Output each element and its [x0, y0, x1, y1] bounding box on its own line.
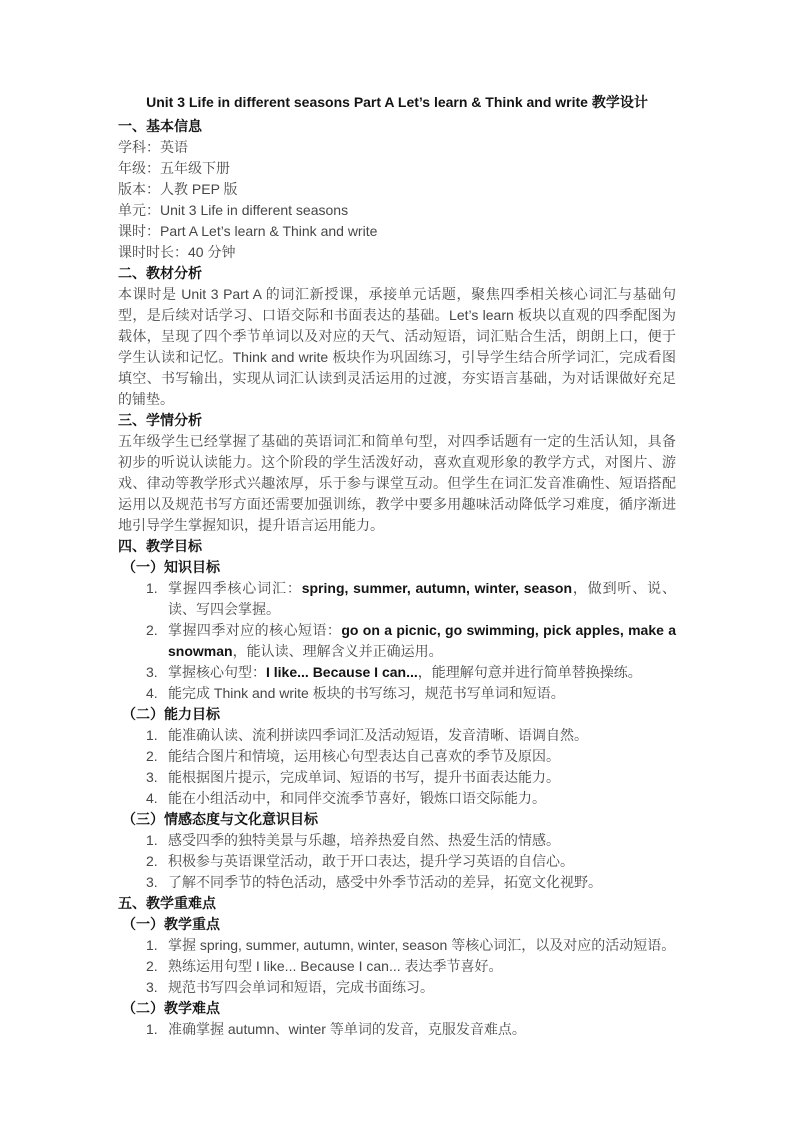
- field-lesson: 课时：Part A Let’s learn & Think and write: [118, 221, 676, 242]
- subsection-heading-emotion-goals: （三）情感态度与文化意识目标: [118, 809, 676, 830]
- list-item-number: 1.: [146, 830, 168, 851]
- section-heading-basic-info: 一、基本信息: [118, 116, 676, 137]
- list-item-text: 掌握四季对应的核心短语：go on a picnic, go swimming,…: [168, 620, 676, 662]
- subsection-heading-ability-goals: （二）能力目标: [118, 704, 676, 725]
- sentence-pattern-bold-run: I like... Because I can...: [266, 664, 418, 680]
- list-item: 2. 熟练运用句型 I like... Because I can... 表达季…: [118, 956, 676, 977]
- section-heading-teaching-goals: 四、教学目标: [118, 536, 676, 557]
- list-item-text: 准确掌握 autumn、winter 等单词的发音，克服发音难点。: [168, 1019, 676, 1040]
- list-item-number: 2.: [146, 851, 168, 872]
- list-item-number: 1.: [146, 578, 168, 620]
- subsection-heading-knowledge-goals: （一）知识目标: [118, 557, 676, 578]
- list-item-number: 2.: [146, 620, 168, 662]
- material-analysis-paragraph: 本课时是 Unit 3 Part A 的词汇新授课，承接单元话题，聚焦四季相关核…: [118, 284, 676, 410]
- list-item-number: 1.: [146, 725, 168, 746]
- list-item-text: 熟练运用句型 I like... Because I can... 表达季节喜好…: [168, 956, 676, 977]
- list-item-text: 掌握 spring, summer, autumn, winter, seaso…: [168, 935, 676, 956]
- list-item-text: 了解不同季节的特色活动，感受中外季节活动的差异，拓宽文化视野。: [168, 872, 676, 893]
- field-subject: 学科：英语: [118, 137, 676, 158]
- list-item: 3. 能根据图片提示，完成单词、短语的书写，提升书面表达能力。: [118, 767, 676, 788]
- list-item-text: 感受四季的独特美景与乐趣，培养热爱自然、热爱生活的情感。: [168, 830, 676, 851]
- field-grade: 年级：五年级下册: [118, 158, 676, 179]
- list-item-number: 1.: [146, 1019, 168, 1040]
- list-item: 2. 掌握四季对应的核心短语：go on a picnic, go swimmi…: [118, 620, 676, 662]
- learner-analysis-paragraph: 五年级学生已经掌握了基础的英语词汇和简单句型，对四季话题有一定的生活认知，具备初…: [118, 431, 676, 536]
- list-item: 1. 掌握 spring, summer, autumn, winter, se…: [118, 935, 676, 956]
- list-item: 3. 了解不同季节的特色活动，感受中外季节活动的差异，拓宽文化视野。: [118, 872, 676, 893]
- list-item-number: 4.: [146, 788, 168, 809]
- document-title: Unit 3 Life in different seasons Part A …: [118, 88, 676, 116]
- list-item-text: 能完成 Think and write 板块的书写练习，规范书写单词和短语。: [168, 683, 676, 704]
- field-duration: 课时时长：40 分钟: [118, 242, 676, 263]
- list-item-number: 3.: [146, 977, 168, 998]
- list-item-text: 能结合图片和情境，运用核心句型表达自己喜欢的季节及原因。: [168, 746, 676, 767]
- field-edition: 版本：人教 PEP 版: [118, 179, 676, 200]
- list-item-number: 3.: [146, 872, 168, 893]
- list-item-number: 3.: [146, 662, 168, 683]
- list-item: 1. 感受四季的独特美景与乐趣，培养热爱自然、热爱生活的情感。: [118, 830, 676, 851]
- section-heading-learner-analysis: 三、学情分析: [118, 410, 676, 431]
- list-item: 2. 积极参与英语课堂活动，敢于开口表达，提升学习英语的自信心。: [118, 851, 676, 872]
- list-item-text: 能在小组活动中，和同伴交流季节喜好，锻炼口语交际能力。: [168, 788, 676, 809]
- list-item: 1. 准确掌握 autumn、winter 等单词的发音，克服发音难点。: [118, 1019, 676, 1040]
- list-item-text: 掌握四季核心词汇：spring, summer, autumn, winter,…: [168, 578, 676, 620]
- list-item-text: 规范书写四会单词和短语，完成书面练习。: [168, 977, 676, 998]
- list-item-number: 4.: [146, 683, 168, 704]
- field-unit: 单元：Unit 3 Life in different seasons: [118, 200, 676, 221]
- list-item-text: 能根据图片提示，完成单词、短语的书写，提升书面表达能力。: [168, 767, 676, 788]
- list-item-number: 3.: [146, 767, 168, 788]
- list-item-number: 2.: [146, 956, 168, 977]
- document-page: Unit 3 Life in different seasons Part A …: [0, 0, 794, 1123]
- subsection-heading-teaching-difficulty: （二）教学难点: [118, 998, 676, 1019]
- list-item-text: 掌握核心句型：I like... Because I can...，能理解句意并…: [168, 662, 676, 683]
- list-item: 3. 掌握核心句型：I like... Because I can...，能理解…: [118, 662, 676, 683]
- list-item: 2. 能结合图片和情境，运用核心句型表达自己喜欢的季节及原因。: [118, 746, 676, 767]
- list-item-number: 1.: [146, 935, 168, 956]
- list-item-text: 积极参与英语课堂活动，敢于开口表达，提升学习英语的自信心。: [168, 851, 676, 872]
- section-heading-material-analysis: 二、教材分析: [118, 263, 676, 284]
- list-item-number: 2.: [146, 746, 168, 767]
- subsection-heading-teaching-focus: （一）教学重点: [118, 914, 676, 935]
- list-item: 4. 能完成 Think and write 板块的书写练习，规范书写单词和短语…: [118, 683, 676, 704]
- list-item: 1. 能准确认读、流利拼读四季词汇及活动短语，发音清晰、语调自然。: [118, 725, 676, 746]
- list-item-text: 能准确认读、流利拼读四季词汇及活动短语，发音清晰、语调自然。: [168, 725, 676, 746]
- section-heading-key-points: 五、教学重难点: [118, 893, 676, 914]
- list-item: 3. 规范书写四会单词和短语，完成书面练习。: [118, 977, 676, 998]
- list-item: 1. 掌握四季核心词汇：spring, summer, autumn, wint…: [118, 578, 676, 620]
- list-item: 4. 能在小组活动中，和同伴交流季节喜好，锻炼口语交际能力。: [118, 788, 676, 809]
- vocab-bold-run: spring, summer, autumn, winter, season: [302, 580, 572, 596]
